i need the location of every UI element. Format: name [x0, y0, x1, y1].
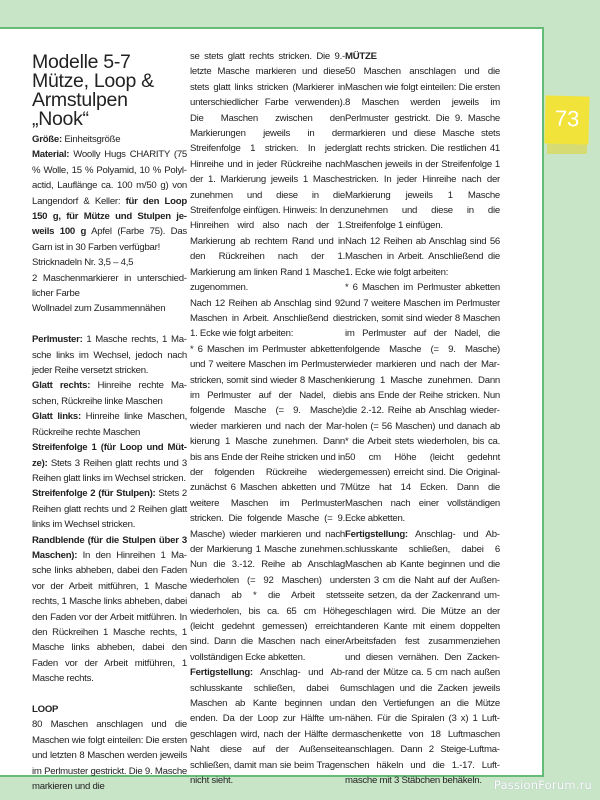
title-line-3: Armstulpen „Nook“: [32, 91, 187, 129]
material-paragraph: Material: Woolly Hugs CHARITY (75 % Woll…: [32, 147, 187, 255]
document-page: Modelle 5-7 Mütze, Loop & Armstulpen „No…: [0, 27, 544, 777]
size-label: Größe:: [32, 134, 62, 145]
loop-paragraph-corner: * 6 Maschen im Perlmuster abketten und 7…: [190, 342, 345, 666]
finishing-label: Fertigstellung:: [345, 529, 408, 540]
size-paragraph: Größe: Einheitsgröße: [32, 132, 187, 147]
streifenfolge-2-paragraph: Streifenfolge 2 (für Stulpen): Stets 2 R…: [32, 486, 187, 532]
page-number-badge: 73: [544, 95, 589, 144]
material-label: Material:: [32, 149, 69, 160]
muetze-paragraph-rows: Nach 12 Reihen ab Anschlag sind 56 Masch…: [345, 234, 500, 280]
markers-line: 2 Maschenmarkierer in unterschied­licher…: [32, 271, 187, 302]
watermark: PassionForum.ru: [494, 778, 592, 792]
glatt-links-paragraph: Glatt links: Hinreihe linke Maschen, Rüc…: [32, 409, 187, 440]
streifenfolge-1-text: Stets 3 Reihen glatt rechts und 3 Reihen…: [32, 458, 187, 484]
finishing-text: Anschlag- und Ab­schlusskante schließen,…: [345, 529, 500, 787]
loop-paragraph-rows: Nach 12 Reihen ab Anschlag sind 92 Masch…: [190, 296, 345, 342]
muetze-paragraph-corner: * 6 Maschen im Perlmuster abketten und 7…: [345, 280, 500, 527]
needles-line: Stricknadeln Nr. 3,5 – 4,5: [32, 255, 187, 270]
column-3: MÜTZE 50 Maschen anschlagen und die Masc…: [345, 49, 500, 789]
loop-heading: LOOP: [32, 702, 187, 717]
streifenfolge-1-paragraph: Streifenfolge 1 (für Loop und Müt­ze): S…: [32, 440, 187, 486]
loop-finishing-paragraph: Fertigstellung: Anschlag- und Ab­schluss…: [190, 665, 345, 788]
muetze-paragraph: 50 Maschen anschlagen und die Maschen wi…: [345, 64, 500, 233]
glatt-rechts-paragraph: Glatt rechts: Hinreihe rechte Ma­schen, …: [32, 378, 187, 409]
finishing-label: Fertigstellung:: [190, 667, 253, 678]
wool-needle-line: Wollnadel zum Zusammennähen: [32, 301, 187, 316]
size-text: Einheitsgröße: [62, 134, 120, 145]
perlmuster-label: Perlmuster:: [32, 334, 83, 345]
column-2: se stets glatt rechts stricken. Die 9.-l…: [190, 49, 345, 789]
perlmuster-paragraph: Perlmuster: 1 Masche rechts, 1 Ma­sche l…: [32, 332, 187, 378]
streifenfolge-2-label: Streifenfolge 2 (für Stulpen):: [32, 488, 156, 499]
muetze-heading: MÜTZE: [345, 49, 500, 64]
muetze-finishing-paragraph: Fertigstellung: Anschlag- und Ab­schluss…: [345, 527, 500, 789]
randblende-text: In den Hinreihen 1 Ma­sche links abheben…: [32, 550, 187, 684]
page-title: Modelle 5-7 Mütze, Loop & Armstulpen „No…: [32, 53, 187, 129]
spacer: [32, 687, 187, 702]
column-1: Modelle 5-7 Mütze, Loop & Armstulpen „No…: [32, 49, 187, 794]
loop-paragraph-continued: se stets glatt rechts stricken. Die 9.-l…: [190, 49, 345, 296]
spacer: [32, 317, 187, 332]
glatt-rechts-label: Glatt rechts:: [32, 380, 90, 391]
loop-paragraph: 80 Maschen anschlagen und die Maschen wi…: [32, 717, 187, 794]
glatt-links-label: Glatt links:: [32, 411, 81, 422]
randblende-paragraph: Randblende (für die Stulpen über 3 Masch…: [32, 533, 187, 687]
finishing-text: Anschlag- und Ab­schlusskante schließen,…: [190, 667, 345, 786]
